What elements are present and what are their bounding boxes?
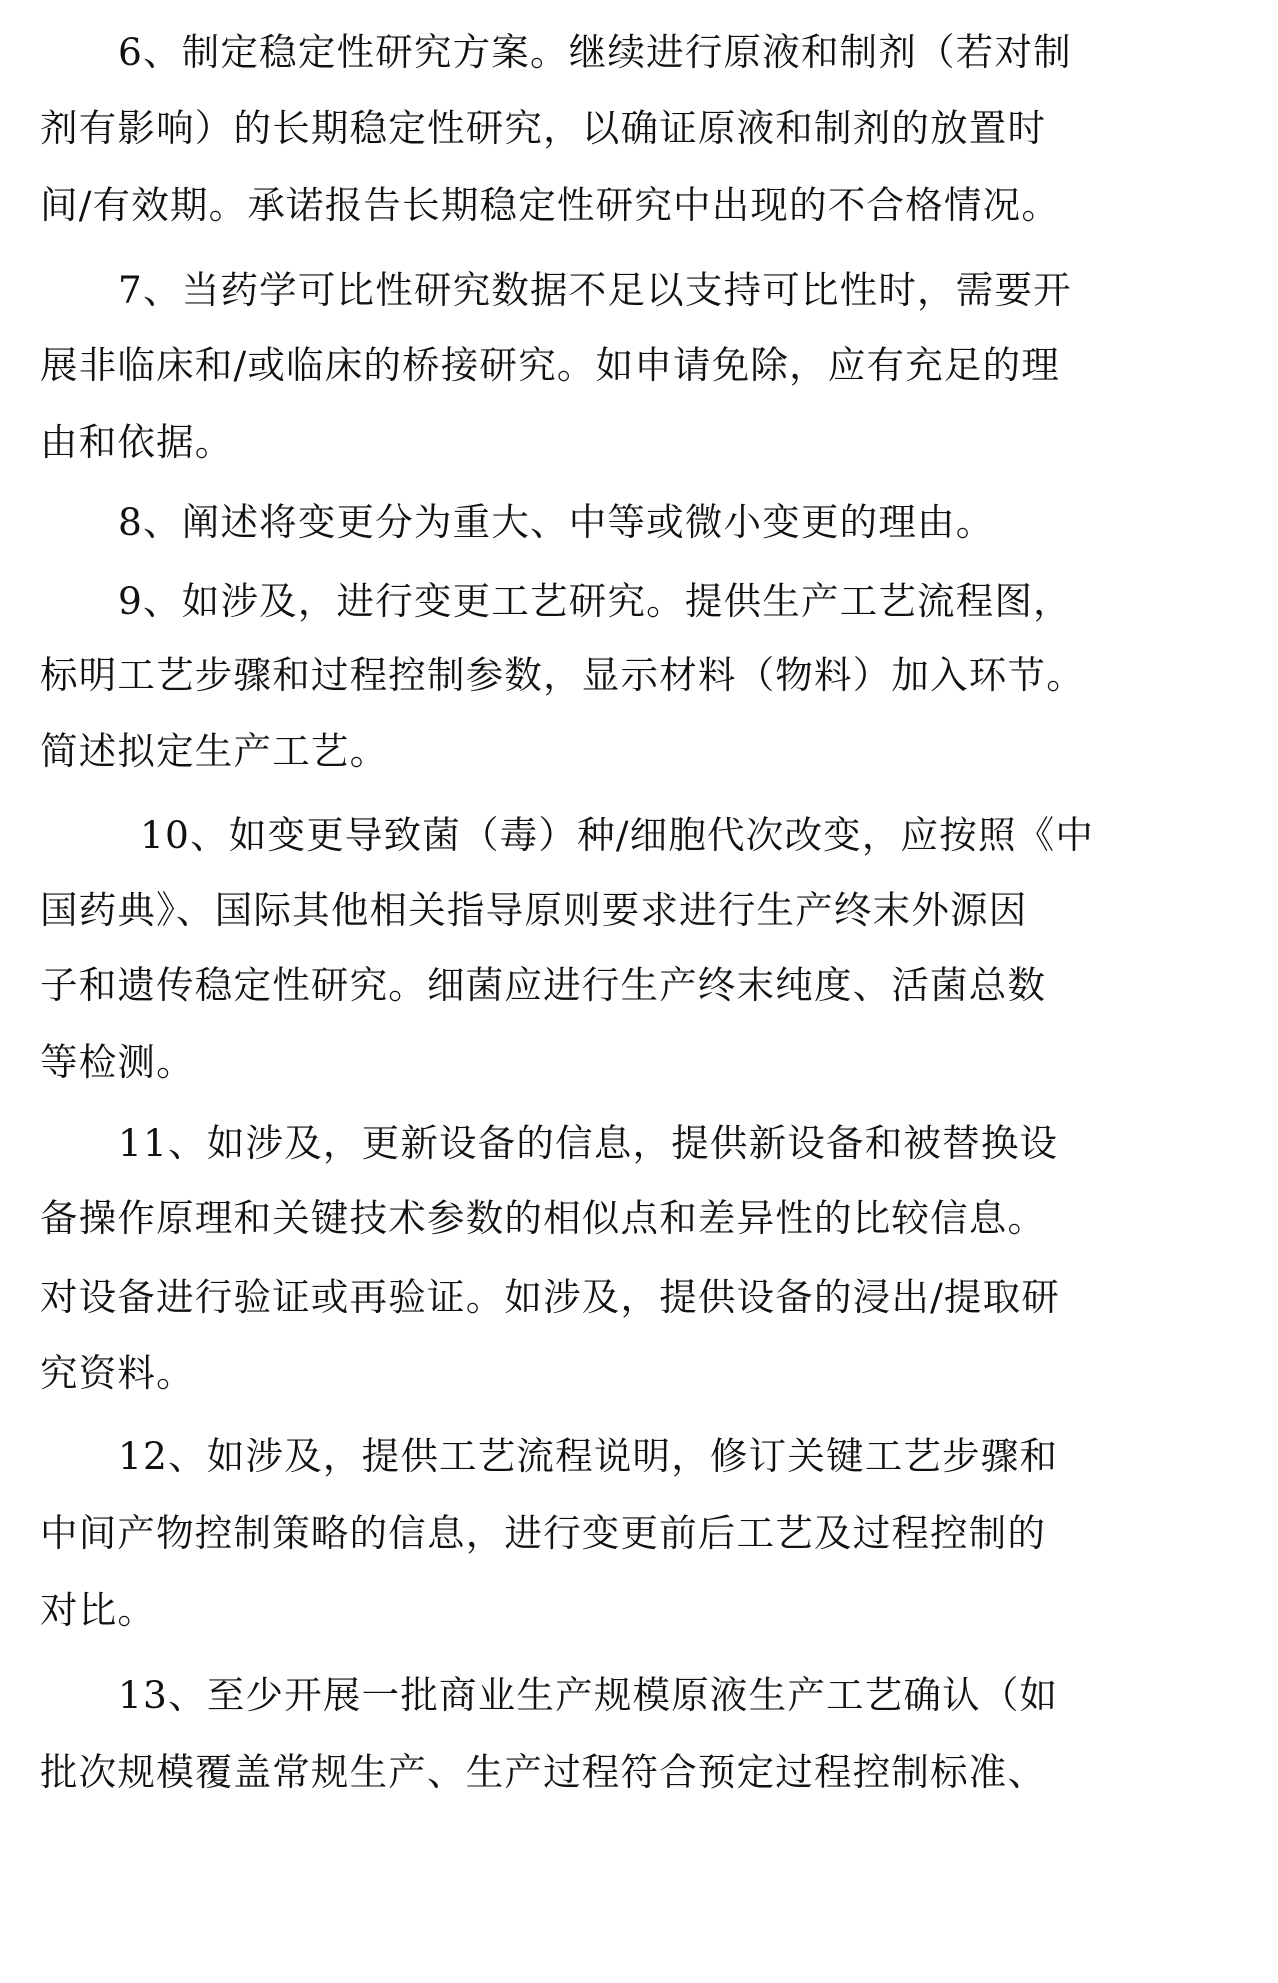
paragraph-line: 中间产物控制策略的信息，进行变更前后工艺及过程控制的	[40, 1503, 1240, 1563]
paragraph-line: 10、如变更导致菌（毒）种/细胞代次改变，应按照《中	[140, 805, 1278, 865]
paragraph-line: 11、如涉及，更新设备的信息，提供新设备和被替换设	[118, 1113, 1278, 1173]
paragraph-line: 6、制定稳定性研究方案。继续进行原液和制剂（若对制	[118, 22, 1278, 82]
paragraph-line: 等检测。	[40, 1032, 1240, 1092]
paragraph-line: 国药典》、国际其他相关指导原则要求进行生产终末外源因	[40, 880, 1240, 940]
paragraph-line: 13、至少开展一批商业生产规模原液生产工艺确认（如	[118, 1665, 1278, 1725]
paragraph-line: 对设备进行验证或再验证。如涉及，提供设备的浸出/提取研	[40, 1267, 1240, 1327]
paragraph-line: 标明工艺步骤和过程控制参数，显示材料（物料）加入环节。	[40, 645, 1240, 705]
paragraph-line: 简述拟定生产工艺。	[40, 721, 1240, 781]
paragraph-line: 由和依据。	[40, 412, 1240, 472]
paragraph-line: 9、如涉及，进行变更工艺研究。提供生产工艺流程图，	[118, 571, 1278, 631]
paragraph-line: 展非临床和/或临床的桥接研究。如申请免除，应有充足的理	[40, 335, 1240, 395]
paragraph-line: 备操作原理和关键技术参数的相似点和差异性的比较信息。	[40, 1188, 1240, 1248]
paragraph-line: 批次规模覆盖常规生产、生产过程符合预定过程控制标准、	[40, 1742, 1240, 1802]
paragraph-line: 12、如涉及，提供工艺流程说明，修订关键工艺步骤和	[118, 1426, 1278, 1486]
paragraph-line: 间/有效期。承诺报告长期稳定性研究中出现的不合格情况。	[40, 175, 1240, 235]
paragraph-line: 对比。	[40, 1580, 1240, 1640]
paragraph-line: 子和遗传稳定性研究。细菌应进行生产终末纯度、活菌总数	[40, 955, 1240, 1015]
paragraph-line: 究资料。	[40, 1343, 1240, 1403]
paragraph-line: 剂有影响）的长期稳定性研究，以确证原液和制剂的放置时	[40, 98, 1240, 158]
paragraph-line: 8、阐述将变更分为重大、中等或微小变更的理由。	[118, 492, 1278, 552]
paragraph-line: 7、当药学可比性研究数据不足以支持可比性时，需要开	[118, 260, 1278, 320]
document-page: 6、制定稳定性研究方案。继续进行原液和制剂（若对制 剂有影响）的长期稳定性研究，…	[0, 0, 1278, 1983]
